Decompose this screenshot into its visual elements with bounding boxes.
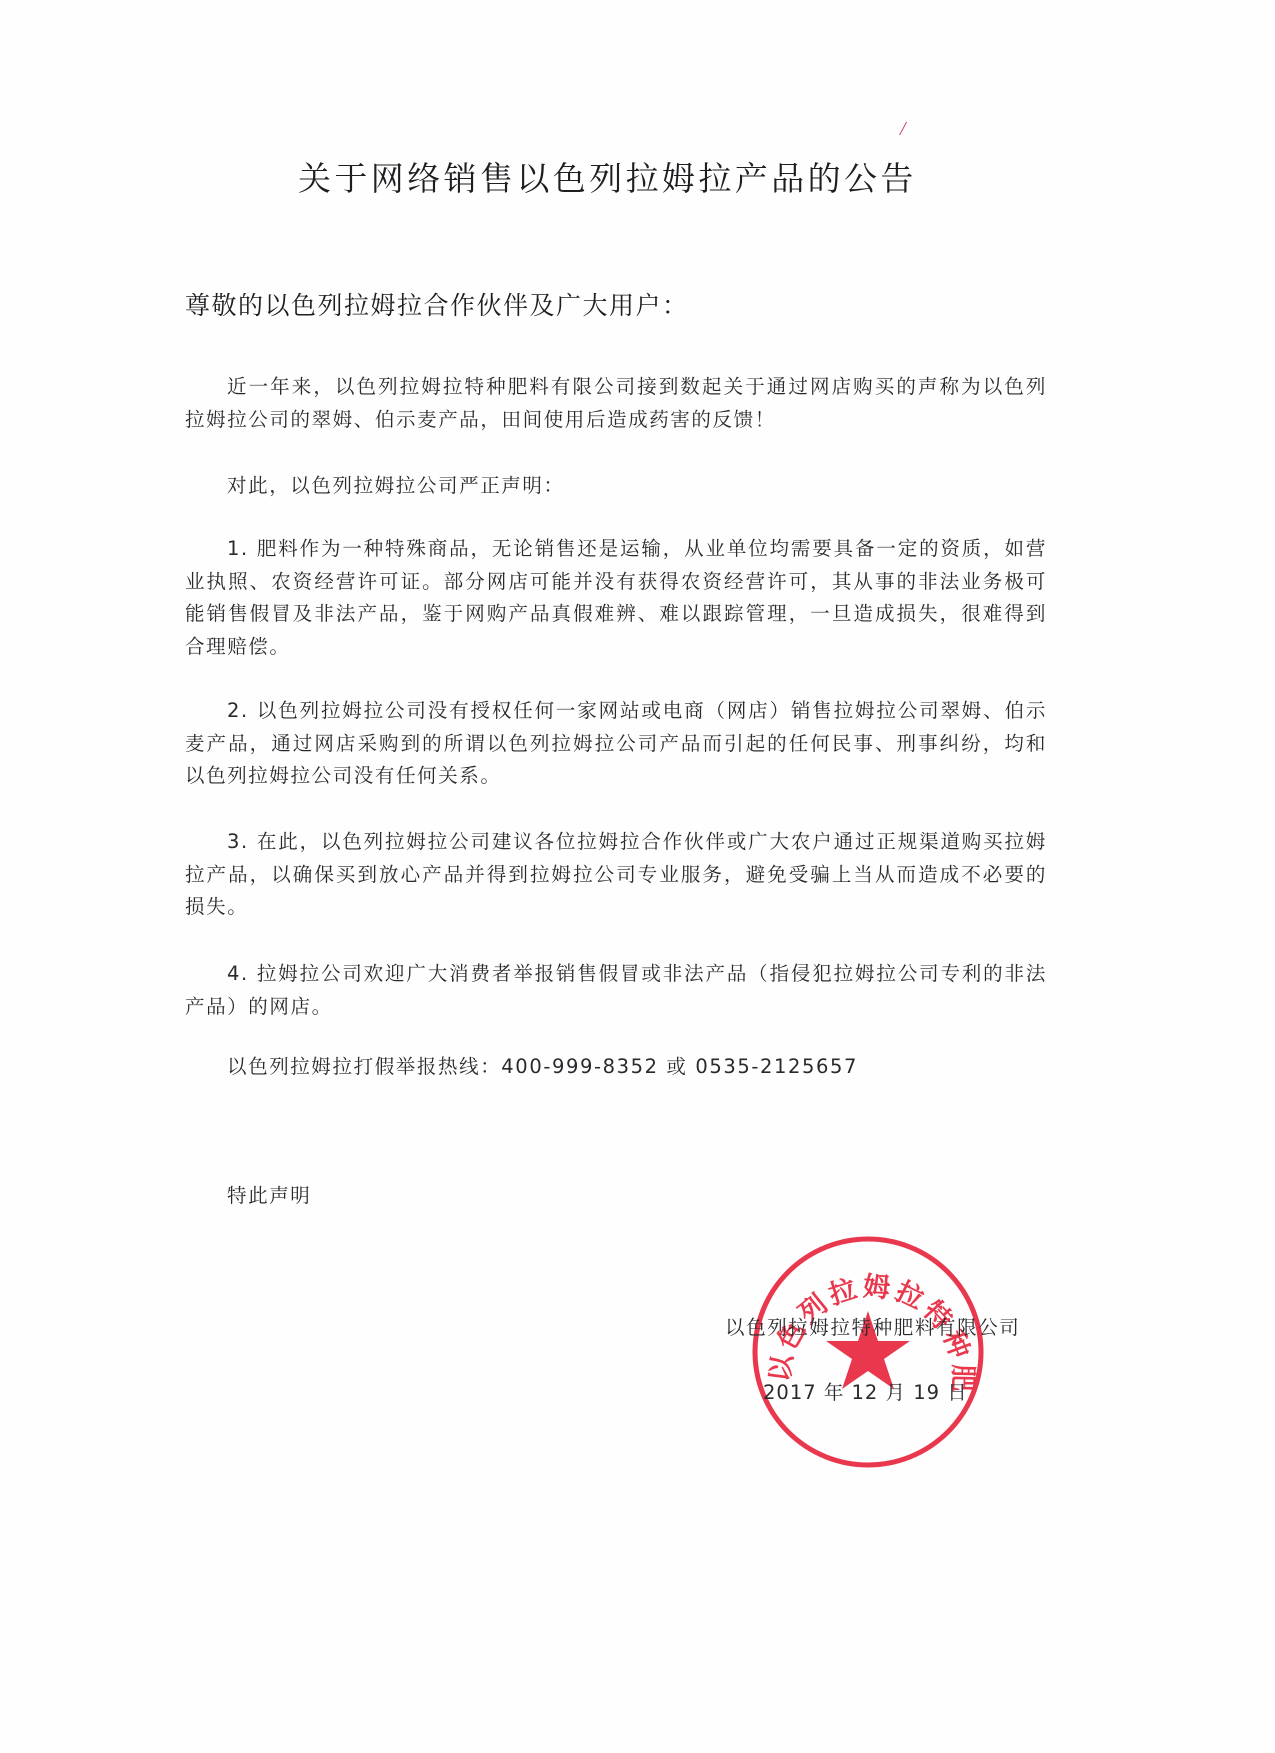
signature-date: 2017 年 12 月 19 日 xyxy=(763,1377,968,1405)
hotline: 以色列拉姆拉打假举报热线：400-999-8352 或 0535-2125657 xyxy=(185,1051,1047,1084)
corner-pen-mark: / xyxy=(900,118,906,141)
intro-paragraph: 近一年来，以色列拉姆拉特种肥料有限公司接到数起关于通过网店购买的声称为以色列拉姆… xyxy=(185,371,1047,436)
page-title: 关于网络销售以色列拉姆拉产品的公告 xyxy=(298,157,917,201)
point-3: 3. 在此，以色列拉姆拉公司建议各位拉姆拉合作伙伴或广大农户通过正规渠道购买拉姆… xyxy=(185,826,1047,924)
signature-company: 以色列拉姆拉特种肥料有限公司 xyxy=(725,1312,1020,1340)
statement-intro: 对此，以色列拉姆拉公司严正声明： xyxy=(185,470,1047,503)
point-1: 1. 肥料作为一种特殊商品，无论销售还是运输，从业单位均需要具备一定的资质，如营… xyxy=(185,533,1047,664)
closing-statement: 特此声明 xyxy=(185,1180,1047,1213)
salutation: 尊敬的以色列拉姆拉合作伙伴及广大用户： xyxy=(185,289,689,323)
point-2: 2. 以色列拉姆拉公司没有授权任何一家网站或电商（网店）销售拉姆拉公司翠姆、伯示… xyxy=(185,695,1047,793)
company-seal-stamp: 以色列拉姆拉特种肥料有限公司 xyxy=(750,1233,986,1471)
point-4: 4. 拉姆拉公司欢迎广大消费者举报销售假冒或非法产品（指侵犯拉姆拉公司专利的非法… xyxy=(185,958,1047,1023)
